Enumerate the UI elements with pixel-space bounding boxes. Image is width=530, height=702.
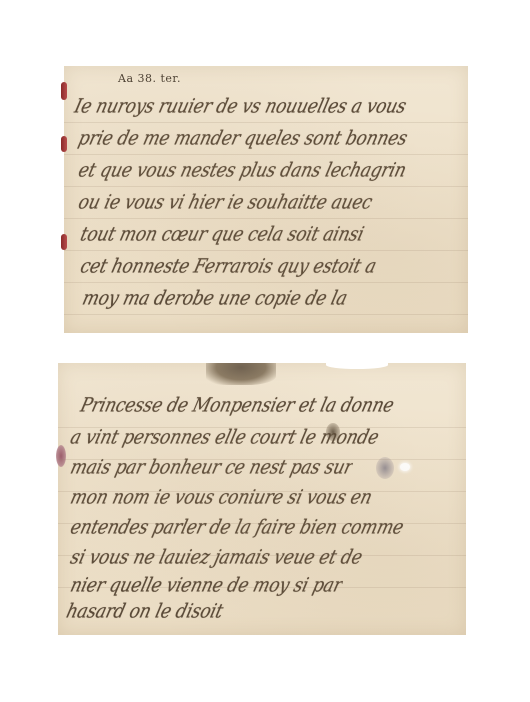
paper-rule xyxy=(64,314,468,315)
paper-rule xyxy=(64,282,468,283)
handwritten-line: mon nom ie vous coniure si vous en xyxy=(68,486,374,509)
letter-sheet-top: Aa 38. ter. Ie nuroys ruuier de vs nouue… xyxy=(64,66,468,333)
paper-rule xyxy=(64,122,468,123)
ink-stain xyxy=(376,457,394,479)
handwritten-line: nier quelle vienne de moy si par xyxy=(68,574,344,597)
paper-hole xyxy=(400,463,410,471)
ink-stain xyxy=(206,363,276,385)
handwritten-line: moy ma derobe une copie de la xyxy=(80,287,349,310)
handwritten-line: Princesse de Monpensier et la donne xyxy=(78,394,396,417)
letter-sheet-bottom: Princesse de Monpensier et la donne a vi… xyxy=(58,363,466,635)
handwritten-line: prie de me mander queles sont bonnes xyxy=(76,127,410,150)
handwritten-line: si vous ne lauiez jamais veue et de xyxy=(68,546,365,569)
archive-reference: Aa 38. ter. xyxy=(118,72,181,85)
paper-rule xyxy=(64,186,468,187)
paper-rule xyxy=(64,154,468,155)
handwritten-line: cet honneste Ferrarois quy estoit a xyxy=(78,255,378,278)
wax-seal-mark xyxy=(56,445,66,467)
handwritten-line: Ie nuroys ruuier de vs nouuelles a vous xyxy=(72,95,409,118)
handwritten-line: tout mon cœur que cela soit ainsi xyxy=(78,223,366,246)
handwritten-line: entendes parler de la faire bien comme xyxy=(68,516,406,539)
paper-rule xyxy=(64,250,468,251)
wax-seal-mark xyxy=(61,234,67,250)
handwritten-line: et que vous nestes plus dans lechagrin xyxy=(76,159,408,182)
paper-rule xyxy=(64,218,468,219)
handwritten-line: mais par bonheur ce nest pas sur xyxy=(68,456,355,479)
handwritten-line: hasard on le disoit xyxy=(64,600,225,623)
wax-seal-mark xyxy=(61,136,67,152)
paper-tear xyxy=(326,361,388,369)
wax-seal-mark xyxy=(61,82,67,100)
handwritten-line: ou ie vous vi hier ie souhaitte auec xyxy=(76,191,374,214)
handwritten-line: a vint personnes elle court le monde xyxy=(68,426,381,449)
